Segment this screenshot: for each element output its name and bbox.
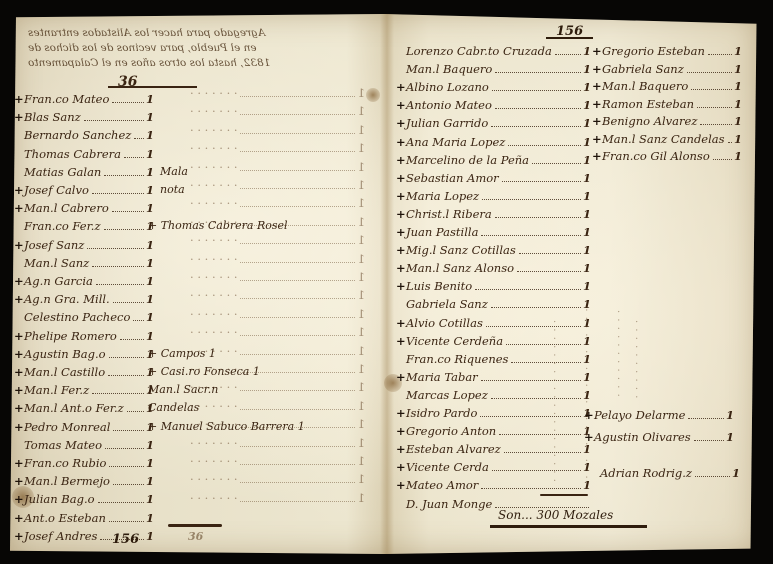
list-entry: Tomas Mateo1 [14,438,154,452]
entry-mark: 1 [146,511,154,525]
bleed-mark: 1 [358,325,365,339]
dot-leader [499,434,581,435]
dot-leader [519,253,581,254]
cross-mark-icon: + [592,44,602,58]
list-entry: +Maria Lopez1 [396,189,591,203]
list-entry: Matias Galan1 [14,165,154,179]
dot-leader [491,398,581,399]
entry-mark: 1 [583,44,591,58]
entry-mark: 1 [583,80,591,94]
dot-leader [492,470,581,471]
bleed-vertical-text: · · · · · · · · · · [630,320,641,400]
entry-mark: 1 [583,171,591,185]
bleed-text: · · · · · · · [190,491,238,505]
entry-name: Gabriela Sanz [602,62,684,76]
entry-name: Fran.co Gil Alonso [602,149,710,163]
dot-leader [109,466,144,467]
page-fold [380,14,394,554]
entry-name: Antonio Mateo [406,98,492,112]
entry-name: Marcas Lopez [406,388,488,402]
dot-leader [240,96,355,97]
left-page-number: 156 [112,532,139,547]
cross-mark-icon: + [396,225,406,239]
list-entry: +Man.l Baquero1 [592,79,742,93]
dot-leader [240,151,355,152]
dot-leader [491,307,581,308]
cross-mark-icon: + [396,334,406,348]
cross-mark-icon: + [396,406,406,420]
entry-mark: 1 [583,261,591,275]
list-entry: Fran.co Riquenes1 [396,352,591,366]
bleed-mark: 1 [358,104,365,118]
list-entry: +Ag.n Gra. Mill.1 [14,292,154,306]
bleed-text: · · · · · · · [190,160,238,174]
dot-leader [517,271,581,272]
cross-mark-icon: + [14,274,24,288]
list-entry: Gabriela Sanz1 [396,297,591,311]
entry-mark: 1 [146,329,154,343]
bleed-number: 36 [188,530,203,543]
cross-mark-icon: + [14,529,24,543]
cross-mark-icon: + [14,92,24,106]
entry-name: Isidro Pardo [406,406,477,420]
dot-leader [87,248,144,249]
entry-mark: 1 [146,492,154,506]
bleed-text: · · · · · · · [190,233,238,247]
dot-leader [481,380,581,381]
cross-mark-icon: + [396,478,406,492]
header-line: Agregado para hacer los Alistados entran… [28,26,388,41]
list-entry: +Marcelino de la Peña1 [396,153,591,167]
bleed-entry: 1· · · · · · · [190,472,365,486]
cross-mark-icon: + [14,420,24,434]
dot-leader [486,326,581,327]
list-entry: +Pelayo Delarme1 [584,408,734,422]
dot-leader [240,354,355,355]
entry-name: Celestino Pacheco [24,310,130,324]
list-entry: +Agustin Bag.o1 [14,347,154,361]
entry-name: Man.l Sanz [24,256,89,270]
entry-mark: 1 [583,116,591,130]
dot-leader [694,440,724,441]
bleed-vertical-text: · · · · · · · · · · · · · · · · · · · · [548,320,559,530]
list-entry: +Mig.l Sanz Cotillas1 [396,243,591,257]
entry-mark: 1 [583,225,591,239]
entry-mark: 1 [146,292,154,306]
entry-name: Maria Tabar [406,370,478,384]
entry-mark: 1 [146,456,154,470]
dot-leader [728,142,732,143]
bleed-text: · · · · · · · [190,178,238,192]
bleed-entry: 1· · · · · · · [190,436,365,450]
bleed-mark: 1 [358,307,365,321]
bleed-entry: 1· · · · · · · [190,86,365,100]
bleed-mark: 1 [358,380,365,394]
entry-name: Luis Benito [406,279,472,293]
list-entry: +Blas Sanz1 [14,110,154,124]
list-entry: +Luis Benito1 [396,279,591,293]
entry-mark: 1 [734,132,742,146]
entry-mark: 1 [734,114,742,128]
dot-leader [491,126,581,127]
cross-mark-icon: + [592,132,602,146]
list-entry: +Ramon Esteban1 [592,97,742,111]
entry-name: Gregorio Anton [406,424,496,438]
list-entry: +Julian Garrido1 [396,116,591,130]
bleed-text: · · · · · · · [190,252,238,266]
list-entry: +Ag.n Garcia1 [14,274,154,288]
bleed-entry: 1· · · · · · · [190,178,365,192]
list-entry: +Albino Lozano1 [396,80,591,94]
cross-mark-icon: + [396,135,406,149]
entry-name: Mig.l Sanz Cotillas [406,243,516,257]
entry-name: Ag.n Gra. Mill. [24,292,110,306]
entry-mark: 1 [734,79,742,93]
entry-mark: 1 [146,529,154,543]
dot-leader [112,211,144,212]
dot-leader [508,145,581,146]
bleed-text: · · · · · · · [190,123,238,137]
entry-mark: 1 [146,256,154,270]
bleed-text: · · · · · · · [190,472,238,486]
list-entry: +Ant.o Esteban1 [14,511,154,525]
bleed-mark: 1 [358,123,365,137]
bleed-entry: 1· · · · · · · [190,123,365,137]
bleed-entry: 1· · · · · · · [190,233,365,247]
cross-mark-icon: + [396,243,406,257]
bleed-entry: 1· · · · · · · [190,399,365,413]
right-page-number: 156 [556,24,583,39]
entry-mark: 1 [146,165,154,179]
entry-name: Bernardo Sanchez [24,128,131,142]
entry-name: Josef Andres [24,529,97,543]
list-entry: +Gregorio Esteban1 [592,44,742,58]
entry-name: Josef Sanz [24,238,84,252]
list-entry: +Fran.co Gil Alonso1 [592,149,742,163]
entry-name: Matias Galan [24,165,101,179]
bleed-text: · · · · · · · [190,436,238,450]
bleed-entry: 1· · · · · · · [190,454,365,468]
cross-mark-icon: + [14,474,24,488]
cross-mark-icon: + [592,79,602,93]
entry-name: Man.l Fer.z [24,383,89,397]
dot-leader [695,476,730,477]
entry-name: D. Juan Monge [406,497,492,511]
entry-mark: 1 [146,183,154,197]
cross-mark-icon: + [14,329,24,343]
cross-mark-icon: + [14,238,24,252]
dot-leader [495,108,581,109]
bleed-entry: 1· · · · · · · [190,288,365,302]
bleed-vertical-text: · · · · · · · · · · · [612,310,623,400]
list-entry: Adrian Rodrig.z1 [590,466,740,480]
dot-leader [109,521,144,522]
cross-mark-icon: + [14,383,24,397]
entry-name: Gabriela Sanz [406,297,488,311]
list-entry: +Benigno Alvarez1 [592,114,742,128]
list-entry: +Vicente Cerda1 [396,460,591,474]
cross-mark-icon: + [396,279,406,293]
bleed-mark: 1 [358,233,365,247]
list-entry: +Christ.l Ribera1 [396,207,591,221]
entry-mark: 1 [583,189,591,203]
bleed-mark: 1 [358,270,365,284]
entry-name: Albino Lozano [406,80,489,94]
entry-mark: 1 [734,149,742,163]
list-entry: Lorenzo Cabr.to Cruzada1 [396,44,591,58]
dot-leader [691,89,732,90]
list-entry: Celestino Pacheco1 [14,310,154,324]
dot-leader [495,72,581,73]
dot-leader [98,502,144,503]
bleed-entry: 1· · · · · · · [190,196,365,210]
list-entry: +Man.l Sanz Candelas1 [592,132,742,146]
bleed-entry: 1· · · · · · · [190,325,365,339]
dot-leader [482,199,581,200]
bleed-mark: 1 [358,344,365,358]
bleed-entry: 1· · · · · · · [190,344,365,358]
dot-leader [700,124,732,125]
entry-mark: 1 [146,147,154,161]
bleed-text: · · · · · · · [190,454,238,468]
cross-mark-icon: + [14,347,24,361]
bleed-mark: 1 [358,252,365,266]
entry-name: Fran.co Fer.z [24,219,101,233]
dot-leader [240,298,355,299]
entry-name: Esteban Alvarez [406,442,501,456]
entry-mark: 1 [734,97,742,111]
dot-leader [112,102,144,103]
left-page-header: Agregado para hacer los Alistados entran… [28,26,388,71]
header-line: en el Pueblo, para vecinos de los dichos… [28,41,388,56]
list-entry: +Sebastian Amor1 [396,171,591,185]
list-entry: +Antonio Mateo1 [396,98,591,112]
cross-mark-icon: + [396,261,406,275]
dot-leader [240,114,355,115]
cross-mark-icon: + [14,511,24,525]
marginal-note: + Manuel Sabuco Barrera 1 [148,420,305,433]
bleed-text: · · · · · · · [190,288,238,302]
bleed-mark: 1 [358,491,365,505]
list-entry: +Josef Sanz1 [14,238,154,252]
entry-mark: 1 [583,153,591,167]
dot-leader [240,390,355,391]
entry-mark: 1 [146,110,154,124]
dot-leader [475,289,581,290]
bleed-text: · · · · · · · [190,86,238,100]
dot-leader [84,120,144,121]
dot-leader [240,188,355,189]
cross-mark-icon: + [14,201,24,215]
entry-name: Mateo Amor [406,478,478,492]
header-number: 36 [118,74,137,90]
entry-mark: 1 [583,98,591,112]
entry-mark: 1 [146,128,154,142]
dot-leader [240,133,355,134]
bleed-mark: 1 [358,160,365,174]
dot-leader [240,501,355,502]
marginal-note: nota [160,183,185,196]
entry-mark: 1 [583,62,591,76]
entry-mark: 1 [734,44,742,58]
bleed-mark: 1 [358,86,365,100]
cross-mark-icon: + [14,492,24,506]
entry-mark: 1 [146,274,154,288]
bleed-text: · · · · · · · [190,196,238,210]
list-entry: +Maria Tabar1 [396,370,591,384]
bleed-entry: 1· · · · · · · [190,491,365,505]
dot-leader [92,193,144,194]
dot-leader [713,159,732,160]
cross-mark-icon: + [396,207,406,221]
entry-name: Fran.co Mateo [24,92,109,106]
bleed-entry: 1· · · · · · · [190,141,365,155]
list-entry: Man.l Baquero1 [396,62,591,76]
entry-name: Man.l Sanz Candelas [602,132,725,146]
entry-name: Agustin Bag.o [24,347,106,361]
bleed-mark: 1 [358,215,365,229]
list-entry: +Juan Pastilla1 [396,225,591,239]
dot-leader [492,90,581,91]
bleed-entry: 1· · · · · · · [190,104,365,118]
dot-leader [708,54,732,55]
bleed-mark: 1 [358,141,365,155]
dot-leader [480,416,581,417]
entry-mark: 1 [146,310,154,324]
dot-leader [511,362,581,363]
bleed-entry: 1· · · · · · · [190,270,365,284]
entry-name: Agustin Olivares [594,430,691,444]
dot-leader [105,448,144,449]
dot-leader [240,446,355,447]
entry-mark: 1 [583,243,591,257]
cross-mark-icon: + [14,365,24,379]
marginal-note: Mala [160,165,188,178]
cross-mark-icon: + [396,189,406,203]
list-entry: Bernardo Sanchez1 [14,128,154,142]
cross-mark-icon: + [14,110,24,124]
cross-mark-icon: + [396,370,406,384]
list-entry: +Josef Calvo1 [14,183,154,197]
entry-mark: 1 [583,135,591,149]
dot-leader [240,482,355,483]
cross-mark-icon: + [14,292,24,306]
list-entry: +Man.l Fer.z1 [14,383,154,397]
cross-mark-icon: + [396,98,406,112]
marginal-note: + Casi.ro Fonseca 1 [148,365,260,378]
cross-mark-icon: + [396,424,406,438]
entry-name: Pelayo Delarme [594,408,685,422]
dot-leader [697,107,732,108]
list-entry: +Fran.co Mateo1 [14,92,154,106]
list-entry: +Esteban Alvarez1 [396,442,591,456]
entry-mark: 1 [146,92,154,106]
dot-leader [240,409,355,410]
entry-name: Man.l Castillo [24,365,105,379]
entry-name: Phelipe Romero [24,329,117,343]
entry-mark: 1 [146,238,154,252]
dot-leader [240,170,355,171]
entry-name: Sebastian Amor [406,171,499,185]
list-entry: Fran.co Fer.z1 [14,219,154,233]
entry-name: Fran.co Riquenes [406,352,508,366]
entry-mark: 1 [726,408,734,422]
dot-leader [532,163,581,164]
entry-name: Maria Lopez [406,189,479,203]
list-entry: +Vicente Cerdeña1 [396,334,591,348]
dot-leader [109,357,144,358]
marginal-note: + Thomas Cabrera Rosel [148,219,288,232]
list-entry: +Phelipe Romero1 [14,329,154,343]
entry-name: Ana Maria Lopez [406,135,505,149]
rule-line [168,524,222,527]
entry-name: Pedro Monreal [24,420,110,434]
dot-leader [504,452,581,453]
entry-name: Man.l Ant.o Fer.z [24,401,124,415]
entry-name: Christ.l Ribera [406,207,492,221]
dot-leader [506,344,581,345]
entry-mark: 1 [146,474,154,488]
dot-leader [240,335,355,336]
bleed-text: · · · · · · · [190,270,238,284]
dot-leader [92,393,144,394]
list-entry: +Man.l Sanz Alonso1 [396,261,591,275]
entry-mark: 1 [146,438,154,452]
dot-leader [134,138,144,139]
bleed-mark: 1 [358,288,365,302]
bleed-mark: 1 [358,196,365,210]
bleed-entry: 1· · · · · · · [190,160,365,174]
entry-mark: 1 [726,430,734,444]
list-entry: +Agustin Olivares1 [584,430,734,444]
ink-stain [366,88,380,102]
list-entry: +Gregorio Anton1 [396,424,591,438]
list-entry: +Pedro Monreal1 [14,420,154,434]
entry-name: Julian Garrido [406,116,488,130]
entry-name: Alvio Cotillas [406,316,483,330]
entry-name: Fran.co Rubio [24,456,106,470]
entry-name: Man.l Bermejo [24,474,110,488]
entry-mark: 1 [583,207,591,221]
cross-mark-icon: + [592,62,602,76]
entry-name: Man.l Baquero [602,79,688,93]
cross-mark-icon: + [592,97,602,111]
dot-leader [104,175,144,176]
list-entry: +Man.l Ant.o Fer.z1 [14,401,154,415]
rule-line [540,494,588,496]
dot-leader [96,284,144,285]
dot-leader [481,488,581,489]
entry-name: Ramon Esteban [602,97,694,111]
entry-name: Gregorio Esteban [602,44,705,58]
entry-mark: 1 [146,201,154,215]
dot-leader [240,280,355,281]
list-entry: +Man.l Castillo1 [14,365,154,379]
cross-mark-icon: + [14,183,24,197]
bleed-entry: 1· · · · · · · [190,252,365,266]
bleed-mark: 1 [358,436,365,450]
bleed-mark: 1 [358,454,365,468]
bleed-mark: 1 [358,399,365,413]
entry-name: Benigno Alvarez [602,114,697,128]
list-entry: +Fran.co Rubio1 [14,456,154,470]
dot-leader [113,484,144,485]
bleed-vertical-text: · · · · · · · · · · · · · · · · · · · · … [580,300,591,520]
cross-mark-icon: + [396,153,406,167]
signature-total: Son... 300 Mozales [498,508,613,522]
dot-leader [502,181,581,182]
cross-mark-icon: + [396,460,406,474]
